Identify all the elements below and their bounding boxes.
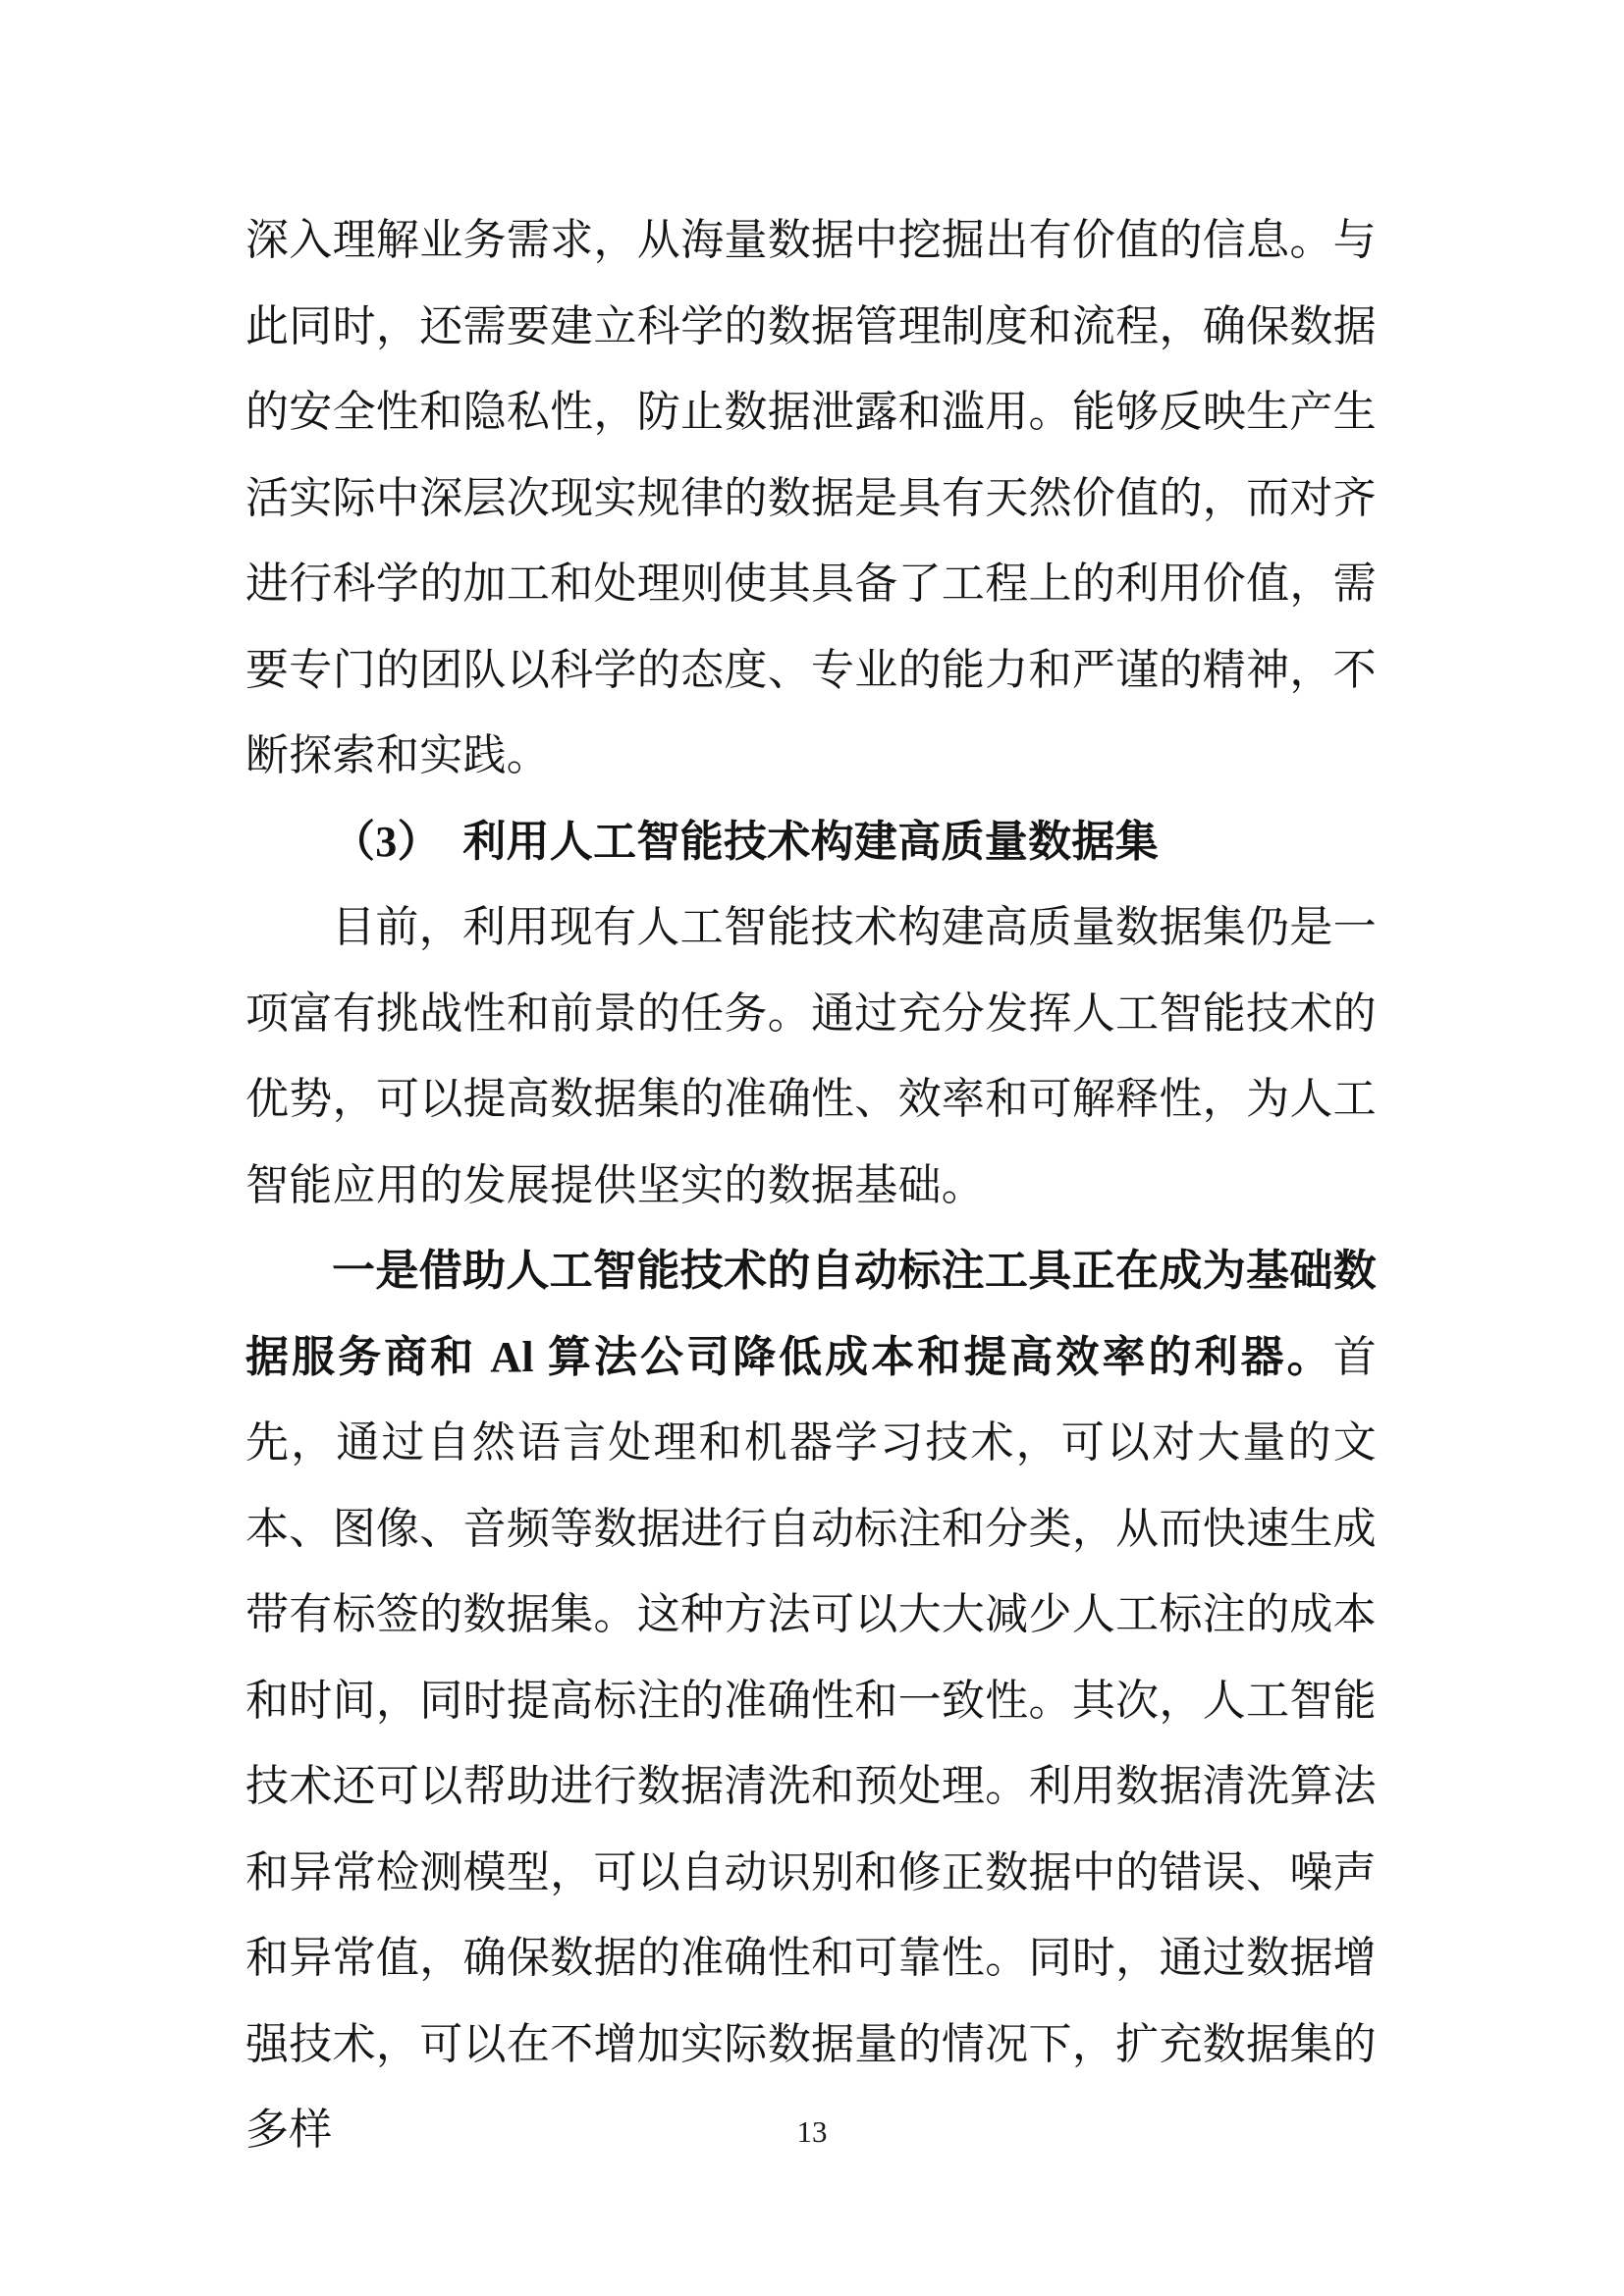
paragraph-continuation: 深入理解业务需求，从海量数据中挖掘出有价值的信息。与此同时，还需要建立科学的数据… [245,197,1377,799]
paragraph-point1-bold-lead: 一是借助人工智能技术的自动标注工具正在成为基础数据服务商和 Al 算法公司降低成… [245,1247,1377,1381]
paragraph-overview: 目前，利用现有人工智能技术构建高质量数据集仍是一项富有挑战性和前景的任务。通过充… [245,884,1377,1228]
page-number: 13 [0,2112,1624,2152]
section-heading-3: （3） 利用人工智能技术构建高质量数据集 [245,799,1377,885]
paragraph-point1-body: 首先，通过自然语言处理和机器学习技术，可以对大量的文本、图像、音频等数据进行自动… [245,1333,1377,2155]
paragraph-point1: 一是借助人工智能技术的自动标注工具正在成为基础数据服务商和 Al 算法公司降低成… [245,1228,1377,2173]
text-block: 深入理解业务需求，从海量数据中挖掘出有价值的信息。与此同时，还需要建立科学的数据… [245,197,1377,2173]
document-page: 深入理解业务需求，从海量数据中挖掘出有价值的信息。与此同时，还需要建立科学的数据… [0,0,1624,2296]
